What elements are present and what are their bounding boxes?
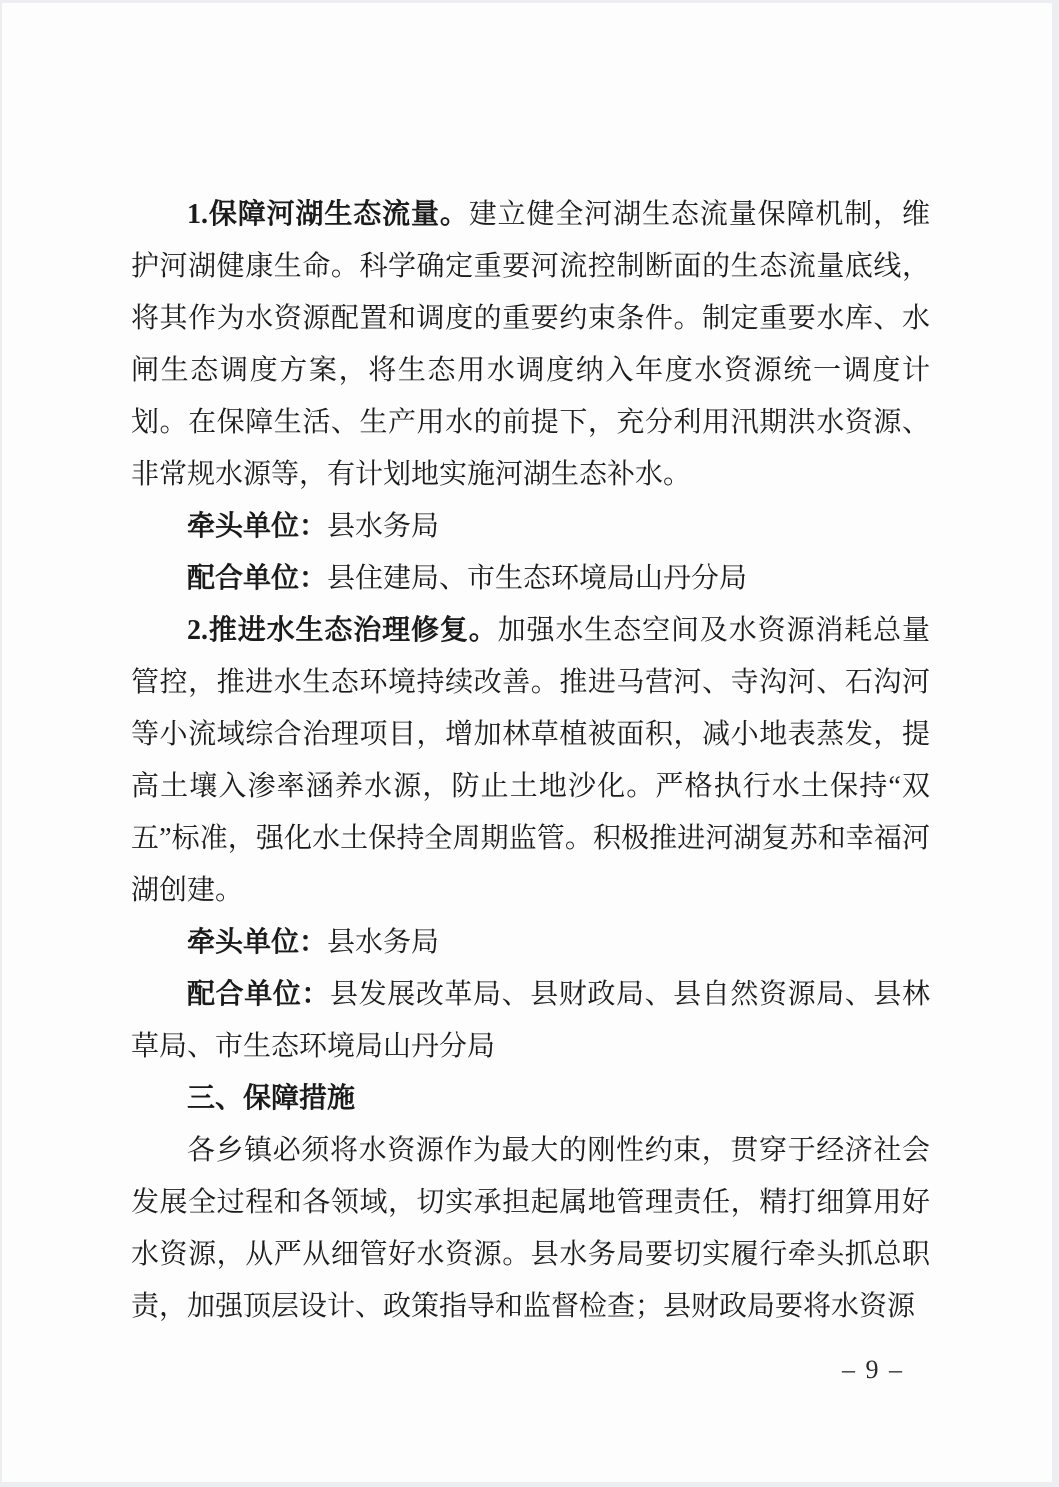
paragraph-safeguard-measures: 各乡镇必须将水资源作为最大的刚性约束，贯穿于经济社会发展全过程和各领域，切实承担… (131, 1125, 930, 1333)
paragraph-item-1-lead: 1.保障河湖生态流量。 (187, 199, 469, 230)
paragraph-item-1: 1.保障河湖生态流量。建立健全河湖生态流量保障机制，维护河湖健康生命。科学确定重… (131, 189, 930, 501)
paragraph-item-2-lead: 2.推进水生态治理修复。 (187, 615, 498, 646)
section-heading: 三、保障措施 (131, 1073, 930, 1125)
page-number: – 9 – (842, 1355, 904, 1385)
lead-unit-value-2: 县水务局 (327, 927, 439, 958)
cooperating-unit-label-1: 配合单位： (187, 563, 327, 594)
lead-unit-line-1: 牵头单位：县水务局 (131, 501, 930, 553)
document-page: 1.保障河湖生态流量。建立健全河湖生态流量保障机制，维护河湖健康生命。科学确定重… (2, 3, 1052, 1482)
paragraph-item-1-text: 建立健全河湖生态流量保障机制，维护河湖健康生命。科学确定重要河流控制断面的生态流… (131, 199, 930, 490)
paragraph-item-2-text: 加强水生态空间及水资源消耗总量管控，推进水生态环境持续改善。推进马营河、寺沟河、… (131, 615, 930, 906)
cooperating-unit-value-1: 县住建局、市生态环境局山丹分局 (327, 563, 747, 594)
lead-unit-line-2: 牵头单位：县水务局 (131, 917, 930, 969)
paragraph-item-2: 2.推进水生态治理修复。加强水生态空间及水资源消耗总量管控，推进水生态环境持续改… (131, 605, 930, 917)
cooperating-unit-line-2: 配合单位：县发展改革局、县财政局、县自然资源局、县林草局、市生态环境局山丹分局 (131, 969, 930, 1073)
cooperating-unit-line-1: 配合单位：县住建局、市生态环境局山丹分局 (131, 553, 930, 605)
lead-unit-value-1: 县水务局 (327, 511, 439, 542)
cooperating-unit-label-2: 配合单位： (187, 979, 330, 1010)
lead-unit-label-2: 牵头单位： (187, 927, 327, 958)
lead-unit-label-1: 牵头单位： (187, 511, 327, 542)
document-content: 1.保障河湖生态流量。建立健全河湖生态流量保障机制，维护河湖健康生命。科学确定重… (131, 189, 930, 1333)
